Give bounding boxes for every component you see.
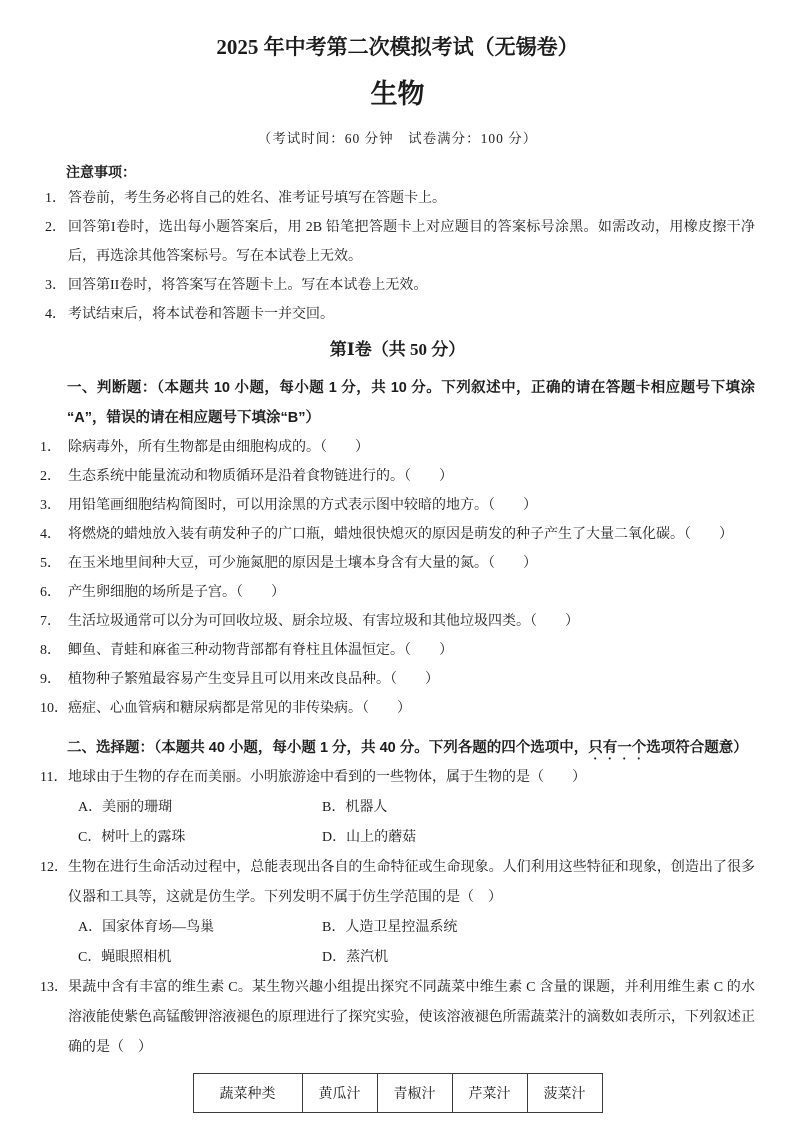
- option-a: A．国家体育场—鸟巢: [78, 913, 322, 943]
- option-text: 机器人: [345, 800, 387, 815]
- table-cell-green-pepper-juice: 青椒汁: [377, 1074, 452, 1113]
- question-number: 9．: [40, 665, 68, 694]
- option-text: 国家体育场—鸟巢: [102, 920, 214, 935]
- notice-heading: 注意事项：: [66, 160, 755, 184]
- option-c: C．树叶上的露珠: [78, 823, 322, 853]
- question-text: 产生卵细胞的场所是子宫。（ ）: [68, 578, 755, 607]
- question-number: 4．: [40, 520, 68, 549]
- notice-item-4: 4． 考试结束后，将本试卷和答题卡一并交回。: [45, 300, 755, 329]
- table-cell-spinach-juice: 菠菜汁: [527, 1074, 602, 1113]
- exam-time-score-info: （考试时间：60 分钟 试卷满分：100 分）: [40, 130, 755, 148]
- option-label: D．: [322, 950, 346, 965]
- judgment-question-5: 5． 在玉米地里间种大豆，可少施氮肥的原因是土壤本身含有大量的氮。（ ）: [40, 549, 755, 578]
- judgment-question-2: 2． 生态系统中能量流动和物质循环是沿着食物链进行的。（ ）: [40, 462, 755, 491]
- question-text: 除病毒外，所有生物都是由细胞构成的。（ ）: [68, 433, 755, 462]
- option-label: D．: [322, 830, 346, 845]
- option-b: B．机器人: [322, 793, 755, 823]
- notice-item-number: 2．: [45, 213, 68, 271]
- question-number: 11．: [40, 763, 68, 793]
- question-text: 生态系统中能量流动和物质循环是沿着食物链进行的。（ ）: [68, 462, 755, 491]
- question-number: 1．: [40, 433, 68, 462]
- question-text: 将燃烧的蜡烛放入装有萌发种子的广口瓶，蜡烛很快熄灭的原因是萌发的种子产生了大量二…: [68, 520, 755, 549]
- option-d: D．蒸汽机: [322, 943, 755, 973]
- question-text: 在玉米地里间种大豆，可少施氮肥的原因是土壤本身含有大量的氮。（ ）: [68, 549, 755, 578]
- choice-heading-post: 选项符合题意）: [646, 740, 748, 756]
- judgment-question-10: 10． 癌症、心血管病和糖尿病都是常见的非传染病。（ ）: [40, 694, 755, 723]
- judgment-question-4: 4． 将燃烧的蜡烛放入装有萌发种子的广口瓶，蜡烛很快熄灭的原因是萌发的种子产生了…: [40, 520, 755, 549]
- question-number: 13．: [40, 973, 68, 1063]
- table-cell-vegetable-type: 蔬菜种类: [193, 1074, 302, 1113]
- choice-heading-pre: 二、选择题：（本题共 40 小题，每小题 1 分，共 40 分。下列各题的四个选…: [67, 740, 588, 756]
- question-text: 生物在进行生命活动过程中，总能表现出各自的生命特征或生命现象。人们利用这些特征和…: [68, 853, 755, 913]
- notice-item-text: 考试结束后，将本试卷和答题卡一并交回。: [68, 300, 755, 329]
- option-text: 蝇眼照相机: [101, 950, 171, 965]
- choice-heading-emphasis: 只有一个: [588, 740, 646, 756]
- judgment-question-9: 9． 植物种子繁殖最容易产生变异且可以用来改良品种。（ ）: [40, 665, 755, 694]
- question-number: 2．: [40, 462, 68, 491]
- choice-question-12-options: A．国家体育场—鸟巢 B．人造卫星控温系统 C．蝇眼照相机 D．蒸汽机: [40, 913, 755, 973]
- option-label: C．: [78, 830, 101, 845]
- table-header-row: 蔬菜种类 黄瓜汁 青椒汁 芹菜汁 菠菜汁: [193, 1074, 602, 1113]
- option-text: 蒸汽机: [346, 950, 388, 965]
- notice-item-text: 回答第II卷时，将答案写在答题卡上。写在本试卷上无效。: [68, 271, 755, 300]
- judgment-section-heading: 一、判断题：（本题共 10 小题，每小题 1 分，共 10 分。下列叙述中，正确…: [67, 373, 755, 433]
- choice-question-13: 13． 果蔬中含有丰富的维生素 C。某生物兴趣小组提出探究不同蔬菜中维生素 C …: [40, 973, 755, 1063]
- question-text: 用铅笔画细胞结构简图时，可以用涂黑的方式表示图中较暗的地方。（ ）: [68, 491, 755, 520]
- judgment-question-6: 6． 产生卵细胞的场所是子宫。（ ）: [40, 578, 755, 607]
- question-number: 8．: [40, 636, 68, 665]
- option-a: A．美丽的珊瑚: [78, 793, 322, 823]
- question-number: 5．: [40, 549, 68, 578]
- question-number: 3．: [40, 491, 68, 520]
- notice-item-number: 1．: [45, 184, 68, 213]
- question-text: 鲫鱼、青蛙和麻雀三种动物背部都有脊柱且体温恒定。（ ）: [68, 636, 755, 665]
- question-number: 12．: [40, 853, 68, 913]
- option-label: B．: [322, 920, 345, 935]
- question-number: 6．: [40, 578, 68, 607]
- choice-question-11-options: A．美丽的珊瑚 B．机器人 C．树叶上的露珠 D．山上的蘑菇: [40, 793, 755, 853]
- judgment-question-1: 1． 除病毒外，所有生物都是由细胞构成的。（ ）: [40, 433, 755, 462]
- subject-title: 生物: [40, 76, 755, 112]
- judgment-question-8: 8． 鲫鱼、青蛙和麻雀三种动物背部都有脊柱且体温恒定。（ ）: [40, 636, 755, 665]
- option-text: 山上的蘑菇: [346, 830, 416, 845]
- option-label: A．: [78, 800, 102, 815]
- option-text: 树叶上的露珠: [101, 830, 185, 845]
- notice-item-text: 回答第I卷时，选出每小题答案后，用 2B 铅笔把答题卡上对应题目的答案标号涂黑。…: [68, 213, 755, 271]
- question-text: 果蔬中含有丰富的维生素 C。某生物兴趣小组提出探究不同蔬菜中维生素 C 含量的课…: [68, 973, 755, 1063]
- exam-paper-page: 2025 年中考第二次模拟考试（无锡卷） 生物 （考试时间：60 分钟 试卷满分…: [0, 0, 793, 1122]
- question-number: 10．: [40, 694, 68, 723]
- option-text: 人造卫星控温系统: [345, 920, 457, 935]
- table-cell-celery-juice: 芹菜汁: [452, 1074, 527, 1113]
- exam-title: 2025 年中考第二次模拟考试（无锡卷）: [40, 32, 755, 62]
- question-text: 生活垃圾通常可以分为可回收垃圾、厨余垃圾、有害垃圾和其他垃圾四类。（ ）: [68, 607, 755, 636]
- option-label: A．: [78, 920, 102, 935]
- table-cell-cucumber-juice: 黄瓜汁: [302, 1074, 377, 1113]
- choice-question-12: 12． 生物在进行生命活动过程中，总能表现出各自的生命特征或生命现象。人们利用这…: [40, 853, 755, 913]
- question-number: 7．: [40, 607, 68, 636]
- notice-item-number: 4．: [45, 300, 68, 329]
- choice-section-heading: 二、选择题：（本题共 40 小题，每小题 1 分，共 40 分。下列各题的四个选…: [67, 733, 755, 763]
- question-text: 植物种子繁殖最容易产生变异且可以用来改良品种。（ ）: [68, 665, 755, 694]
- judgment-question-7: 7． 生活垃圾通常可以分为可回收垃圾、厨余垃圾、有害垃圾和其他垃圾四类。（ ）: [40, 607, 755, 636]
- notice-item-number: 3．: [45, 271, 68, 300]
- choice-section: 二、选择题：（本题共 40 小题，每小题 1 分，共 40 分。下列各题的四个选…: [40, 733, 755, 1113]
- option-label: B．: [322, 800, 345, 815]
- vitamin-c-experiment-table: 蔬菜种类 黄瓜汁 青椒汁 芹菜汁 菠菜汁: [193, 1073, 603, 1113]
- option-d: D．山上的蘑菇: [322, 823, 755, 853]
- notice-item-3: 3． 回答第II卷时，将答案写在答题卡上。写在本试卷上无效。: [45, 271, 755, 300]
- question-text: 地球由于生物的存在而美丽。小明旅游途中看到的一些物体，属于生物的是（ ）: [68, 763, 755, 793]
- option-label: C．: [78, 950, 101, 965]
- option-c: C．蝇眼照相机: [78, 943, 322, 973]
- volume-1-heading: 第Ⅰ卷（共 50 分）: [40, 337, 755, 363]
- notice-item-text: 答卷前，考生务必将自己的姓名、准考证号填写在答题卡上。: [68, 184, 755, 213]
- option-b: B．人造卫星控温系统: [322, 913, 755, 943]
- notice-item-1: 1． 答卷前，考生务必将自己的姓名、准考证号填写在答题卡上。: [45, 184, 755, 213]
- question-text: 癌症、心血管病和糖尿病都是常见的非传染病。（ ）: [68, 694, 755, 723]
- choice-question-11: 11． 地球由于生物的存在而美丽。小明旅游途中看到的一些物体，属于生物的是（ ）: [40, 763, 755, 793]
- option-text: 美丽的珊瑚: [102, 800, 172, 815]
- judgment-question-3: 3． 用铅笔画细胞结构简图时，可以用涂黑的方式表示图中较暗的地方。（ ）: [40, 491, 755, 520]
- notice-item-2: 2． 回答第I卷时，选出每小题答案后，用 2B 铅笔把答题卡上对应题目的答案标号…: [45, 213, 755, 271]
